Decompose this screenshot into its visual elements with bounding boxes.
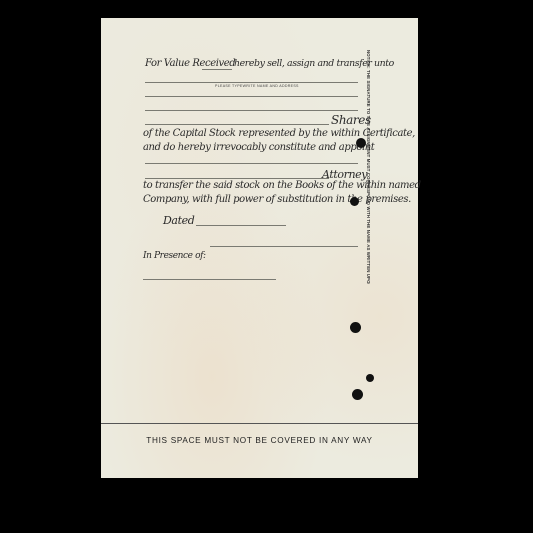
punch-hole: [366, 374, 374, 382]
attorney-name-line-2: [145, 178, 329, 179]
assignee-name-line: [145, 82, 358, 83]
footer-divider: [101, 423, 418, 424]
witness-line[interactable]: [143, 279, 276, 280]
signature-notice-strip: NOTICE: THE SIGNATURE TO THIS ASSIGNMENT…: [361, 50, 371, 284]
punch-hole: [350, 322, 361, 333]
shares-count-line: [145, 124, 329, 125]
assignee-address-line-1: [145, 96, 358, 97]
punch-hole: [356, 138, 366, 148]
capital-stock-text: of the Capital Stock represented by the …: [143, 128, 415, 139]
assignee-address-line-2: [145, 110, 358, 111]
typewrite-instruction: PLEASE TYPEWRITE NAME AND ADDRESS: [215, 84, 299, 88]
dated-label: Dated: [163, 214, 194, 227]
constitute-appoint-text: and do hereby irrevocably constitute and…: [143, 142, 374, 153]
transfer-text: to transfer the said stock on the Books …: [143, 180, 421, 191]
for-value-received-line: [202, 69, 232, 70]
dated-line[interactable]: [196, 225, 286, 226]
signature-line[interactable]: [210, 246, 358, 247]
in-presence-of-label: In Presence of:: [143, 251, 206, 261]
attorney-name-line-1: [145, 163, 358, 164]
punch-hole: [352, 389, 363, 400]
for-value-received-label: For Value Received: [145, 58, 235, 69]
footer-notice: THIS SPACE MUST NOT BE COVERED IN ANY WA…: [101, 436, 418, 445]
punch-hole: [350, 197, 359, 206]
signature-notice-text: NOTICE: THE SIGNATURE TO THIS ASSIGNMENT…: [361, 50, 371, 284]
